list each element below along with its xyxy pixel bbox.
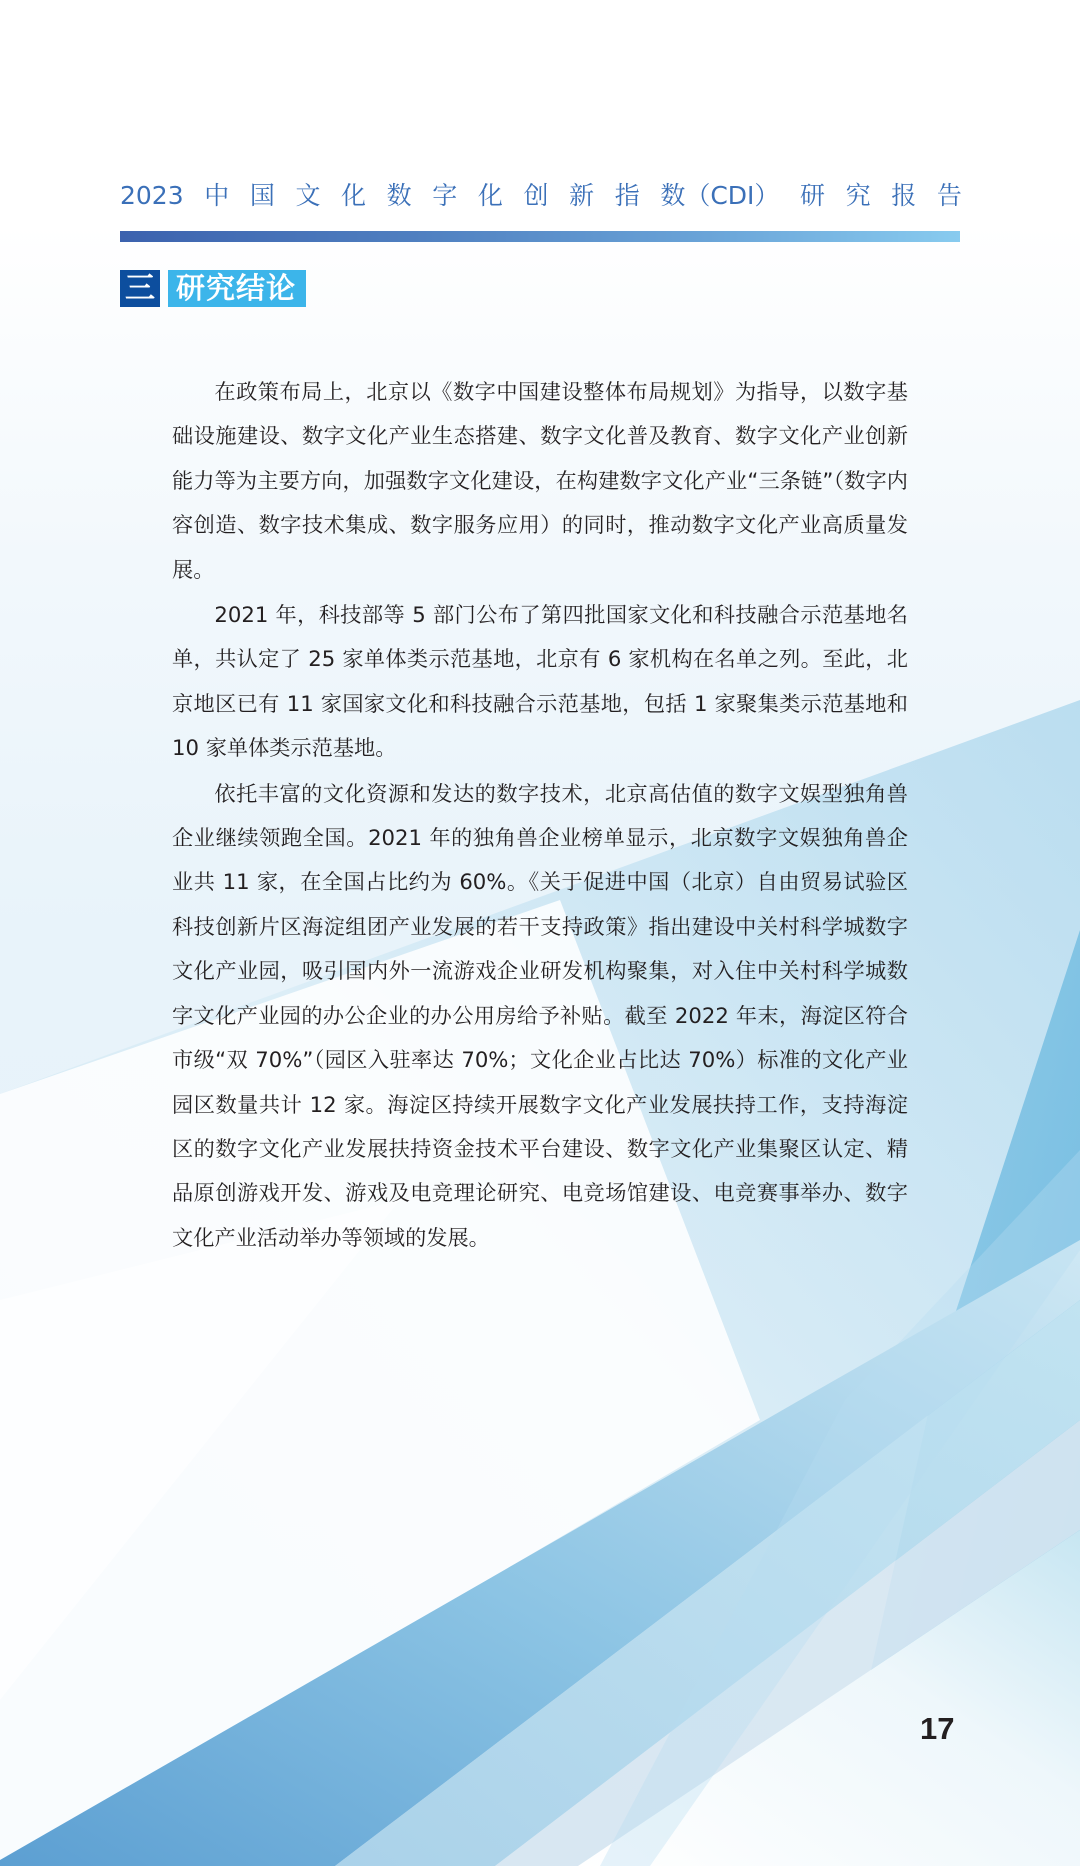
paragraph: 2021 年，科技部等 5 部门公布了第四批国家文化和科技融合示范基地名单，共认… bbox=[172, 593, 908, 771]
header-part: 字 bbox=[432, 178, 457, 214]
header-part: 化 bbox=[341, 178, 366, 214]
section-title: 研究结论 bbox=[168, 270, 306, 307]
header-part: 报 bbox=[891, 178, 916, 214]
header-part: 究 bbox=[846, 178, 871, 214]
header-part: 中 bbox=[204, 178, 229, 214]
header-part: 国 bbox=[250, 178, 275, 214]
header-part: 数（CDI） bbox=[660, 178, 779, 214]
report-page: 2023 中 国 文 化 数 字 化 创 新 指 数（CDI） 研 究 报 告 … bbox=[0, 0, 1080, 1866]
running-header: 2023 中 国 文 化 数 字 化 创 新 指 数（CDI） 研 究 报 告 bbox=[120, 178, 962, 214]
header-part: 化 bbox=[478, 178, 503, 214]
header-part: 数 bbox=[387, 178, 412, 214]
header-part: 2023 bbox=[120, 178, 184, 214]
paragraph: 依托丰富的文化资源和发达的数字技术，北京高估值的数字文娱型独角兽企业继续领跑全国… bbox=[172, 772, 908, 1260]
header-part: 指 bbox=[615, 178, 640, 214]
header-gradient-bar bbox=[120, 231, 960, 242]
header-part: 创 bbox=[523, 178, 548, 214]
header-part: 告 bbox=[937, 178, 962, 214]
page-number: 17 bbox=[920, 1712, 964, 1746]
header-part: 新 bbox=[569, 178, 594, 214]
section-heading: 三 研究结论 bbox=[120, 270, 306, 307]
body-text: 在政策布局上，北京以《数字中国建设整体布局规划》为指导，以数字基础设施建设、数字… bbox=[172, 370, 908, 1261]
header-part: 研 bbox=[800, 178, 825, 214]
section-number-badge: 三 bbox=[120, 270, 160, 307]
header-part: 文 bbox=[295, 178, 320, 214]
paragraph: 在政策布局上，北京以《数字中国建设整体布局规划》为指导，以数字基础设施建设、数字… bbox=[172, 370, 908, 592]
